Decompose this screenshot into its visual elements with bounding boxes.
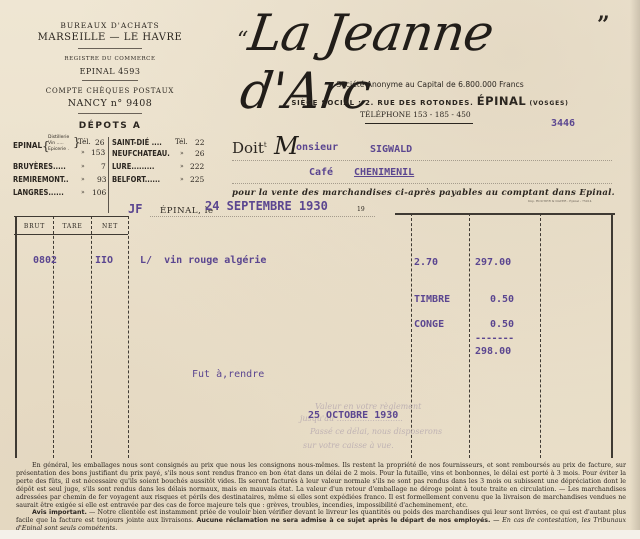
column-line xyxy=(411,213,412,458)
cheques-value: NANCY n° 9408 xyxy=(20,98,200,109)
invoice-number: 3446 xyxy=(551,118,575,129)
depot-tel: 7 xyxy=(101,162,106,171)
depot-tel: 222 xyxy=(190,162,204,171)
divider xyxy=(78,48,142,49)
depot-remiremont-name: REMIREMONT.. xyxy=(13,175,69,184)
header-brut: BRUT xyxy=(16,223,53,230)
ditto: » xyxy=(81,176,85,183)
printer-mark: Imp. ROUTIER & DAVER - Épinal - 75914 xyxy=(528,199,592,203)
header-net: NET xyxy=(92,223,128,230)
depot-tel: 225 xyxy=(190,175,204,184)
avis-label: Avis important. xyxy=(16,509,87,516)
depot-tel: 106 xyxy=(92,188,106,197)
payment-terms: pour la vente des marchandises ci-après … xyxy=(232,188,615,198)
note-barrel-return: Fut à,rendre xyxy=(192,369,264,380)
footer-paragraph: En général, les emballages nous sont con… xyxy=(16,462,626,509)
siege-city: ÉPINAL xyxy=(477,94,526,108)
depot-tel: 22 xyxy=(195,138,205,147)
column-line xyxy=(91,216,92,458)
societe-capital: Société Anonyme au Capital de 6.800.000 … xyxy=(290,80,570,89)
customer-name: SIGWALD xyxy=(370,144,412,155)
depot-saintdie-name: SAINT-DIÉ .... xyxy=(112,138,162,147)
conge-amount: 0.50 xyxy=(490,319,514,330)
column-line xyxy=(53,216,54,458)
dotted-line xyxy=(232,183,612,184)
sub-epicerie: Epicerie . xyxy=(48,147,69,153)
ditto: » xyxy=(81,189,85,196)
timbre-label: TIMBRE xyxy=(414,294,450,305)
total-separator: ------- xyxy=(475,333,514,344)
depot-lure-name: LURE......... xyxy=(112,162,154,171)
dotted-line xyxy=(150,216,375,217)
table-top-border xyxy=(395,213,615,215)
depot-tel: 93 xyxy=(97,175,107,184)
table-top-border xyxy=(14,216,128,217)
item-tare: 0802 xyxy=(33,255,57,266)
item-amount: 297.00 xyxy=(475,257,511,268)
timbre-amount: 0.50 xyxy=(490,294,514,305)
bureaux-label: BUREAUX D'ACHATS xyxy=(20,21,200,30)
divider xyxy=(82,80,138,81)
ditto: » xyxy=(180,150,184,157)
doit-sup: t xyxy=(264,141,267,149)
item-description: L/ vin rouge algérie xyxy=(140,255,266,266)
paper-edge-shadow xyxy=(630,0,640,539)
depot-epinal-subs: Distillerie Vin ..... Epicerie . xyxy=(48,135,69,153)
telephone-underline xyxy=(365,123,473,124)
faded-stamp-line: Passé ce délai, nous disposerons xyxy=(310,427,442,436)
depot-langres-name: LANGRES...... xyxy=(13,188,64,197)
siege-social: SIÈGE SOCIAL : 2. RUE DES ROTONDES. ÉPIN… xyxy=(270,94,590,108)
siege-address: SIÈGE SOCIAL : 2. RUE DES ROTONDES. xyxy=(291,99,473,107)
telephone: TÉLÉPHONE 153 - 185 - 450 xyxy=(360,110,471,119)
ditto: » xyxy=(81,149,85,156)
customer-place: CHENIMENIL xyxy=(354,167,414,178)
footer-conditions: En général, les emballages nous sont con… xyxy=(16,462,626,539)
clerk-initials: JF xyxy=(128,202,142,216)
dotted-line xyxy=(232,160,612,161)
invoice-total: 298.00 xyxy=(475,346,511,357)
scan-bottom-edge xyxy=(0,530,640,539)
depots-title: DÉPOTS A xyxy=(20,121,200,131)
depot-epinal-name: EPINAL xyxy=(13,141,42,150)
column-line xyxy=(611,213,613,458)
registre-label: REGISTRE DU COMMERCE xyxy=(20,56,200,62)
item-net: IIO xyxy=(95,255,113,266)
divider xyxy=(78,113,142,114)
bureaux-cities: MARSEILLE — LE HAVRE xyxy=(20,32,200,43)
logo-close-quote: ” xyxy=(597,12,610,38)
invoice-date: 24 SEPTEMBRE 1930 xyxy=(205,199,328,213)
due-date: 25 OCTOBRE 1930 xyxy=(308,410,398,421)
depot-tel: 153 xyxy=(91,148,105,157)
doit-text: Doit xyxy=(232,139,264,157)
ditto: » xyxy=(81,163,85,170)
siege-region: (VOSGES) xyxy=(529,100,568,107)
doit-label: Doitt xyxy=(232,139,267,157)
depots-divider xyxy=(108,137,109,213)
header-tare: TARE xyxy=(54,223,91,230)
avis-bold: Aucune réclamation ne sera admise à ce s… xyxy=(197,517,491,524)
ditto: » xyxy=(180,163,184,170)
conge-label: CONGE xyxy=(414,319,444,330)
column-line xyxy=(540,213,541,458)
depot-tel-prefix: Tél. xyxy=(175,138,188,146)
depot-belfort-name: BELFORT...... xyxy=(112,175,160,184)
depot-tel: 26 xyxy=(95,138,105,147)
depot-tel-prefix: Tél. xyxy=(78,138,91,146)
column-line xyxy=(128,216,129,458)
column-line xyxy=(469,213,470,458)
place-label: Café xyxy=(309,167,333,178)
cheques-label: COMPTE CHÈQUES POSTAUX xyxy=(20,87,200,95)
faded-stamp-line: sur votre caisse à vue. xyxy=(303,441,394,450)
column-line xyxy=(15,216,17,458)
monsieur-label: onsieur xyxy=(296,142,338,153)
depot-neufchateau-name: NEUFCHATEAU. xyxy=(112,149,170,158)
registre-value: EPINAL 4593 xyxy=(20,67,200,76)
item-unit-price: 2.70 xyxy=(414,257,438,268)
monsieur-initial: M xyxy=(274,132,299,160)
ditto: » xyxy=(180,176,184,183)
depot-tel: 26 xyxy=(195,149,205,158)
header-bottom-border xyxy=(14,234,128,235)
printed-year: 19 xyxy=(357,206,365,213)
depot-bruyeres-name: BRUYÈRES..... xyxy=(13,162,66,171)
